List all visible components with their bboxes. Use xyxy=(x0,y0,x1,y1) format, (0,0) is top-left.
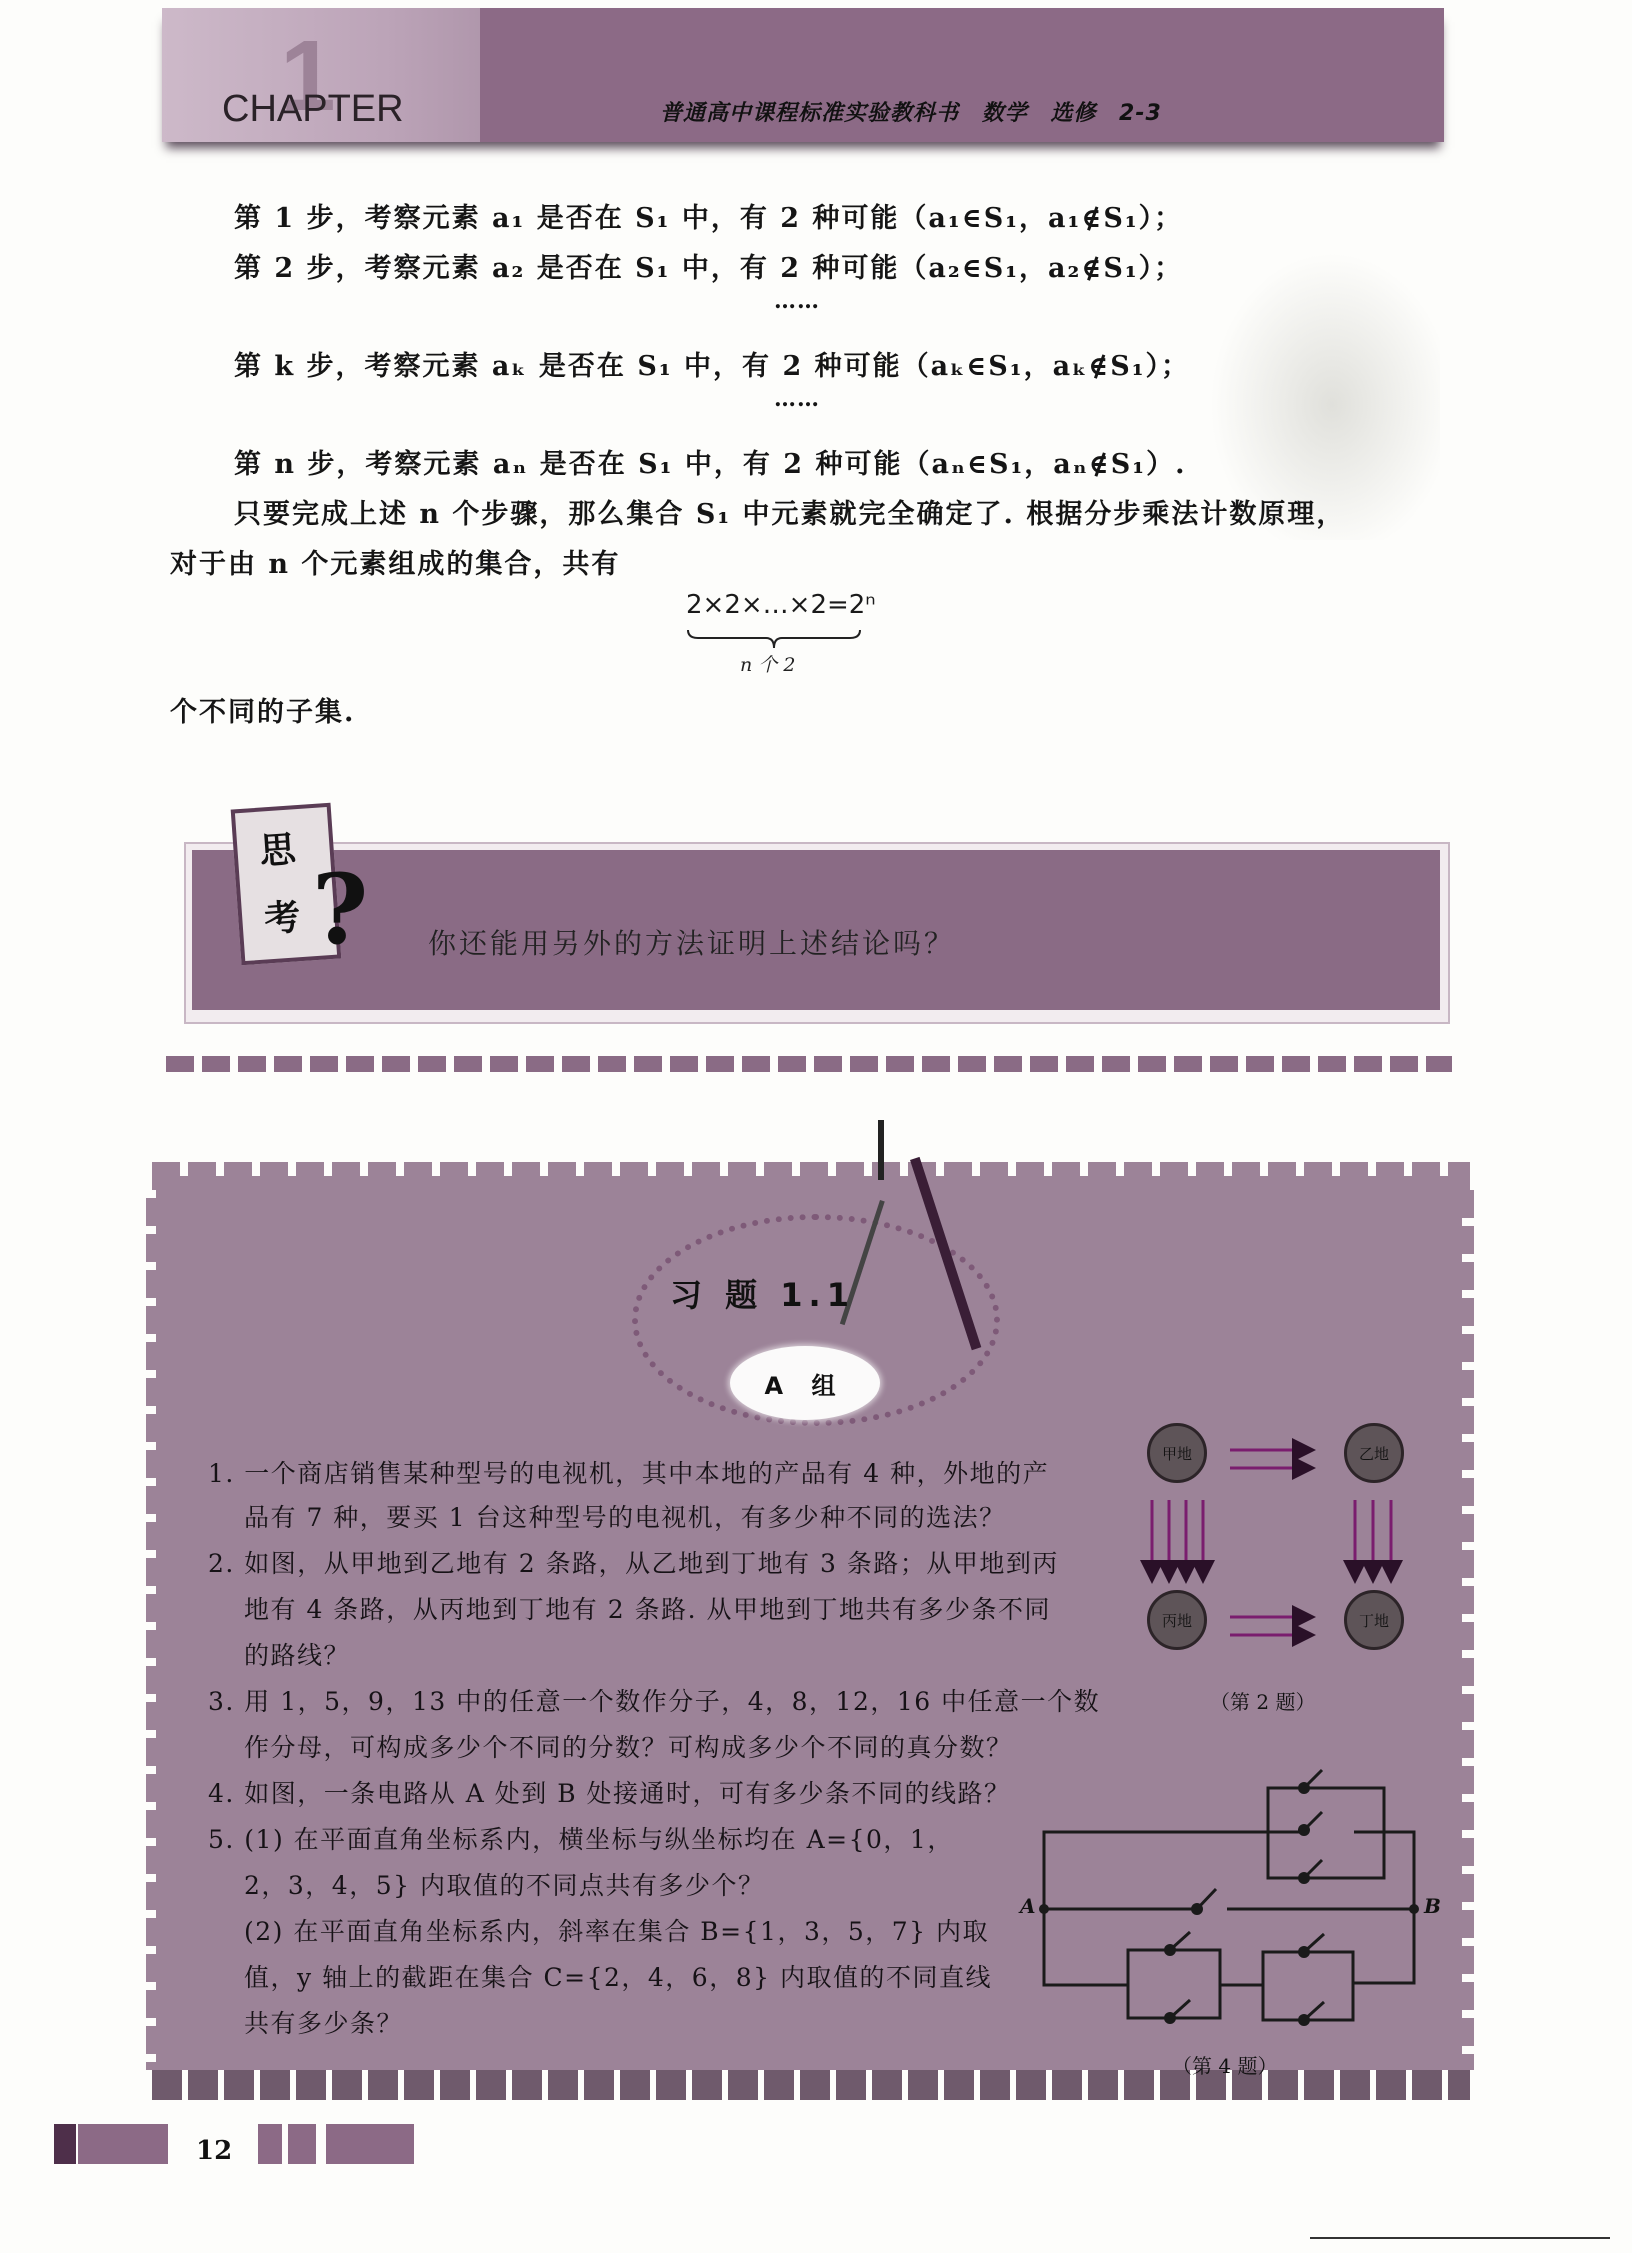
panel-right-edge xyxy=(1462,1190,1474,2070)
think-char-1: 思 xyxy=(258,821,297,874)
q3-line-2: 作分母，可构成多少个不同的分数？可构成多少个不同的真分数？ xyxy=(244,1728,1013,1764)
ellipsis-2: …… xyxy=(774,386,820,412)
group-label: A 组 xyxy=(730,1346,880,1420)
ellipsis-1: …… xyxy=(774,288,820,314)
brace-label: n 个 2 xyxy=(740,650,795,677)
q5-line-4: 值，y 轴上的截距在集合 C={2，4，6，8} 内取值的不同直线 xyxy=(244,1958,992,1994)
footer-bar-left xyxy=(78,2124,168,2164)
footer-bar-3 xyxy=(326,2124,414,2164)
conclusion-line-2: 对于由 n 个元素组成的集合，共有 xyxy=(170,542,620,581)
page-number: 12 xyxy=(196,2136,232,2166)
exercise-title: 习 题 1.1 xyxy=(670,1270,855,1316)
conclusion-line-3: 个不同的子集. xyxy=(170,690,355,729)
proof-step-1: 第 1 步，考察元素 a₁ 是否在 S₁ 中，有 2 种可能（a₁∈S₁，a₁∉… xyxy=(234,196,1183,235)
terminal-b: B xyxy=(1424,1894,1441,1918)
q5-line-1: 5. (1) 在平面直角坐标系内，横坐标与纵坐标均在 A={0，1， xyxy=(208,1820,954,1856)
chapter-label: CHAPTER xyxy=(222,88,404,131)
product-formula: 2×2×…×2=2ⁿ xyxy=(686,590,876,620)
proof-step-n: 第 n 步，考察元素 aₙ 是否在 S₁ 中，有 2 种可能（aₙ∈S₁，aₙ∉… xyxy=(234,442,1187,481)
footer-bar-1 xyxy=(258,2124,282,2164)
underbrace xyxy=(686,628,862,650)
compass-icon xyxy=(878,1120,884,1180)
q5-line-3: (2) 在平面直角坐标系内，斜率在集合 B={1，3，5，7} 内取 xyxy=(244,1912,989,1948)
node-jia: 甲地 xyxy=(1147,1423,1207,1483)
q3-line-1: 3. 用 1，5，9，13 中的任意一个数作分子，4，8，12，16 中任意一个… xyxy=(208,1682,1100,1718)
volume: 选修 2-3 xyxy=(1050,101,1161,126)
series-title: 普通高中课程标准实验教科书 xyxy=(660,101,959,126)
q2-line-1: 2. 如图，从甲地到乙地有 2 条路，从乙地到丁地有 3 条路；从甲地到丙 xyxy=(208,1544,1059,1580)
book-title: 普通高中课程标准实验教科书 数学 选修 2-3 xyxy=(660,96,1162,127)
think-question: 你还能用另外的方法证明上述结论吗？ xyxy=(428,922,955,962)
terminal-a: A xyxy=(1020,1894,1036,1918)
proof-step-k: 第 k 步，考察元素 aₖ 是否在 S₁ 中，有 2 种可能（aₖ∈S₁，aₖ∉… xyxy=(234,344,1190,383)
conclusion-line-1: 只要完成上述 n 个步骤，那么集合 S₁ 中元素就完全确定了. 根据分步乘法计数… xyxy=(234,492,1345,531)
q5-line-5: 共有多少条？ xyxy=(244,2004,403,2040)
circuit-diagram xyxy=(1020,1760,1460,2060)
q2-line-3: 的路线？ xyxy=(244,1636,350,1672)
subject: 数学 xyxy=(982,101,1028,126)
diagram4-caption: （第 4 题） xyxy=(1172,2050,1277,2079)
footer-bar-2 xyxy=(288,2124,316,2164)
q5-line-2: 2，3，4，5} 内取值的不同点共有多少个？ xyxy=(244,1866,764,1902)
question-mark-icon: ? xyxy=(312,862,368,958)
q4-line-1: 4. 如图，一条电路从 A 处到 B 处接通时，可有多少条不同的线路？ xyxy=(208,1774,1011,1810)
q2-line-2: 地有 4 条路，从丙地到丁地有 2 条路. 从甲地到丁地共有多少条不同 xyxy=(244,1590,1051,1626)
bottom-rule xyxy=(1310,2237,1610,2239)
node-yi: 乙地 xyxy=(1344,1423,1404,1483)
dashed-divider xyxy=(166,1056,1452,1072)
proof-step-2: 第 2 步，考察元素 a₂ 是否在 S₁ 中，有 2 种可能（a₂∈S₁，a₂∉… xyxy=(234,246,1183,285)
node-bing: 丙地 xyxy=(1147,1590,1207,1650)
think-char-2: 考 xyxy=(262,889,301,942)
diagram2-caption: （第 2 题） xyxy=(1210,1686,1315,1715)
panel-top-edge xyxy=(152,1162,1470,1176)
q1-line-1: 1. 一个商店销售某种型号的电视机，其中本地的产品有 4 种，外地的产 xyxy=(208,1454,1049,1490)
q1-line-2: 品有 7 种，要买 1 台这种型号的电视机，有多少种不同的选法？ xyxy=(244,1498,1006,1534)
panel-left-edge xyxy=(146,1190,156,2070)
footer-bar-dark xyxy=(54,2124,76,2164)
node-ding: 丁地 xyxy=(1344,1590,1404,1650)
